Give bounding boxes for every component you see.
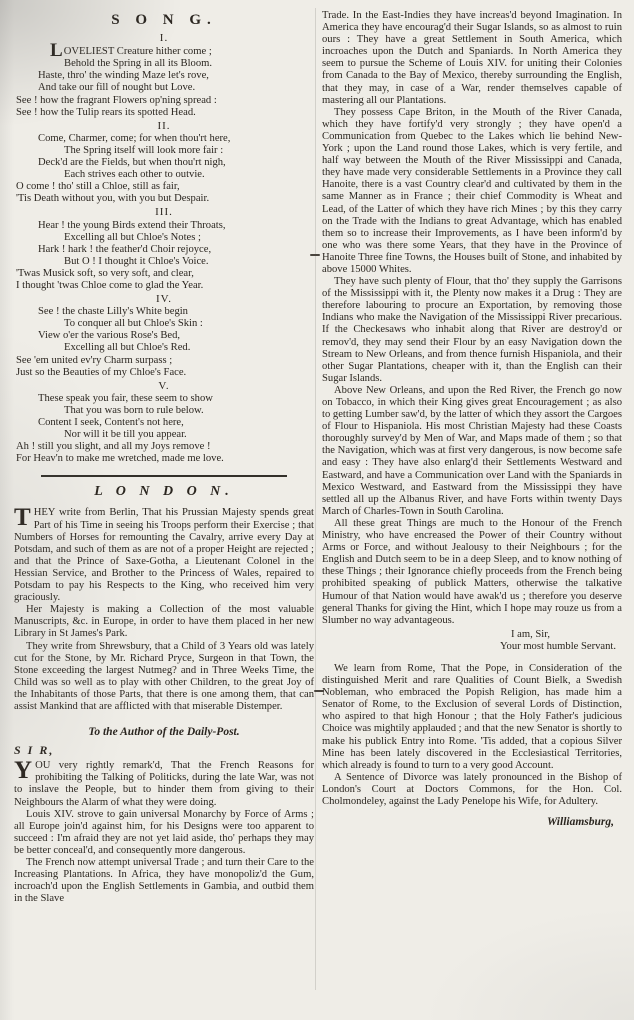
- verse-line: Excelling all but Chloe's Notes ;: [14, 232, 314, 244]
- closing-line: I am, Sir,: [322, 629, 622, 641]
- verse-line: See ! the chaste Lilly's White begin: [14, 306, 314, 318]
- paragraph-text: HEY write from Berlin, That his Prussian…: [14, 507, 314, 603]
- stanza-4: IV. See ! the chaste Lilly's White begin…: [14, 293, 314, 379]
- verse-line: See ! how the Tulip rears its spotted He…: [14, 107, 314, 119]
- verse-line: 'Twas Musick soft, so very soft, and cle…: [14, 268, 314, 280]
- london-section: L O N D O N. THEY write from Berlin, Tha…: [14, 486, 314, 713]
- verse-line: That you was born to rule below.: [14, 405, 314, 417]
- london-title: L O N D O N.: [14, 486, 314, 498]
- body-paragraph: They possess Cape Briton, in the Mouth o…: [322, 107, 622, 276]
- stanza-1: I. LOVELIEST Creature hither come ; Beho…: [14, 32, 314, 119]
- verse-line: And take our fill of nought but Love.: [14, 82, 314, 94]
- paragraph-text: OU very rightly remark'd, That the Frenc…: [14, 760, 314, 807]
- newspaper-page: S O N G. I. LOVELIEST Creature hither co…: [0, 0, 634, 1020]
- verse-dropcap: L: [50, 40, 64, 61]
- stanza-numeral: IV.: [14, 293, 314, 305]
- verse-line: Each strives each other to outvie.: [14, 169, 314, 181]
- verse-line: 'Tis Death without you, with you but Des…: [14, 193, 314, 205]
- london-paragraph: THEY write from Berlin, That his Prussia…: [14, 507, 314, 604]
- verse-line: To conquer all but Chloe's Skin :: [14, 318, 314, 330]
- verse-line: Excelling all but Chloe's Red.: [14, 342, 314, 354]
- body-paragraph: They have such plenty of Flour, that tho…: [322, 276, 622, 385]
- left-column: S O N G. I. LOVELIEST Creature hither co…: [14, 10, 314, 905]
- letter-paragraph: The French now attempt universal Trade ;…: [14, 857, 314, 905]
- right-column: Trade. In the East-Indies they have incr…: [322, 10, 622, 828]
- verse-line: O come ! tho' still a Chloe, still as fa…: [14, 181, 314, 193]
- stanza-numeral: III.: [14, 206, 314, 218]
- body-paragraph: Trade. In the East-Indies they have incr…: [322, 10, 622, 107]
- dropcap: Y: [14, 760, 35, 781]
- letter-salutation: S I R,: [14, 744, 314, 756]
- verse-line: Just so the Beauties of my Chloe's Face.: [14, 367, 314, 379]
- closing-signature: Your most humble Servant.: [322, 641, 622, 653]
- stanza-numeral: V.: [14, 380, 314, 392]
- letter-heading: To the Author of the Daily-Post.: [14, 726, 314, 738]
- news-paragraph: We learn from Rome, That the Pope, in Co…: [322, 663, 622, 772]
- body-paragraph: Above New Orleans, and upon the Red Rive…: [322, 385, 622, 518]
- verse-line: Ah ! still you slight, and all my Joys r…: [14, 441, 314, 453]
- body-paragraph: All these great Things are much to the H…: [322, 518, 622, 627]
- verse-line: Nor will it be till you appear.: [14, 429, 314, 441]
- verse-line: The Spring itself will look more fair :: [14, 145, 314, 157]
- verse-line: But O ! I thought it Chloe's Voice.: [14, 256, 314, 268]
- section-divider: [41, 475, 287, 477]
- song-title: S O N G.: [14, 14, 314, 26]
- verse-line: Haste, thro' the winding Maze let's rove…: [14, 70, 314, 82]
- verse-line: For Heav'n to make me wretched, made me …: [14, 453, 314, 465]
- verse-line: LOVELIEST Creature hither come ;: [14, 45, 314, 58]
- verse-line: Hear ! the young Birds extend their Thro…: [14, 220, 314, 232]
- stanza-3: III. Hear ! the young Birds extend their…: [14, 206, 314, 292]
- verse-line: See ! how the fragrant Flowers op'ning s…: [14, 95, 314, 107]
- verse-line: See 'em united ev'ry Charm surpass ;: [14, 355, 314, 367]
- verse-line: I thought 'twas Chloe come to glad the Y…: [14, 280, 314, 292]
- london-paragraph: They write from Shrewsbury, that a Child…: [14, 641, 314, 714]
- dropcap: T: [14, 507, 34, 528]
- stanza-numeral: II.: [14, 120, 314, 132]
- verse-line: These speak you fair, these seem to show: [14, 393, 314, 405]
- news-paragraph: A Sentence of Divorce was lately pronoun…: [322, 772, 622, 808]
- verse-text: OVELIEST Creature hither come ;: [64, 46, 212, 57]
- letter-closing: I am, Sir, Your most humble Servant.: [322, 629, 622, 653]
- letter-paragraph: Louis XIV. strove to gain universal Mona…: [14, 809, 314, 857]
- dateline: Williamsburg,: [322, 816, 622, 828]
- verse-line: Content I seek, Content's not here,: [14, 417, 314, 429]
- london-paragraph: Her Majesty is making a Collection of th…: [14, 604, 314, 640]
- verse-line: View o'er the various Rose's Bed,: [14, 330, 314, 342]
- stanza-2: II. Come, Charmer, come; for when thou'r…: [14, 120, 314, 206]
- column-divider-rule: [315, 8, 316, 990]
- letter-paragraph: YOU very rightly remark'd, That the Fren…: [14, 760, 314, 808]
- letter-section: To the Author of the Daily-Post. S I R, …: [14, 726, 314, 905]
- verse-line: Hark ! hark ! the feather'd Choir rejoyc…: [14, 244, 314, 256]
- stanza-5: V. These speak you fair, these seem to s…: [14, 380, 314, 466]
- verse-line: Come, Charmer, come; for when thou'rt he…: [14, 133, 314, 145]
- song-section: S O N G. I. LOVELIEST Creature hither co…: [14, 14, 314, 465]
- verse-line: Deck'd are the Fields, but when thou'rt …: [14, 157, 314, 169]
